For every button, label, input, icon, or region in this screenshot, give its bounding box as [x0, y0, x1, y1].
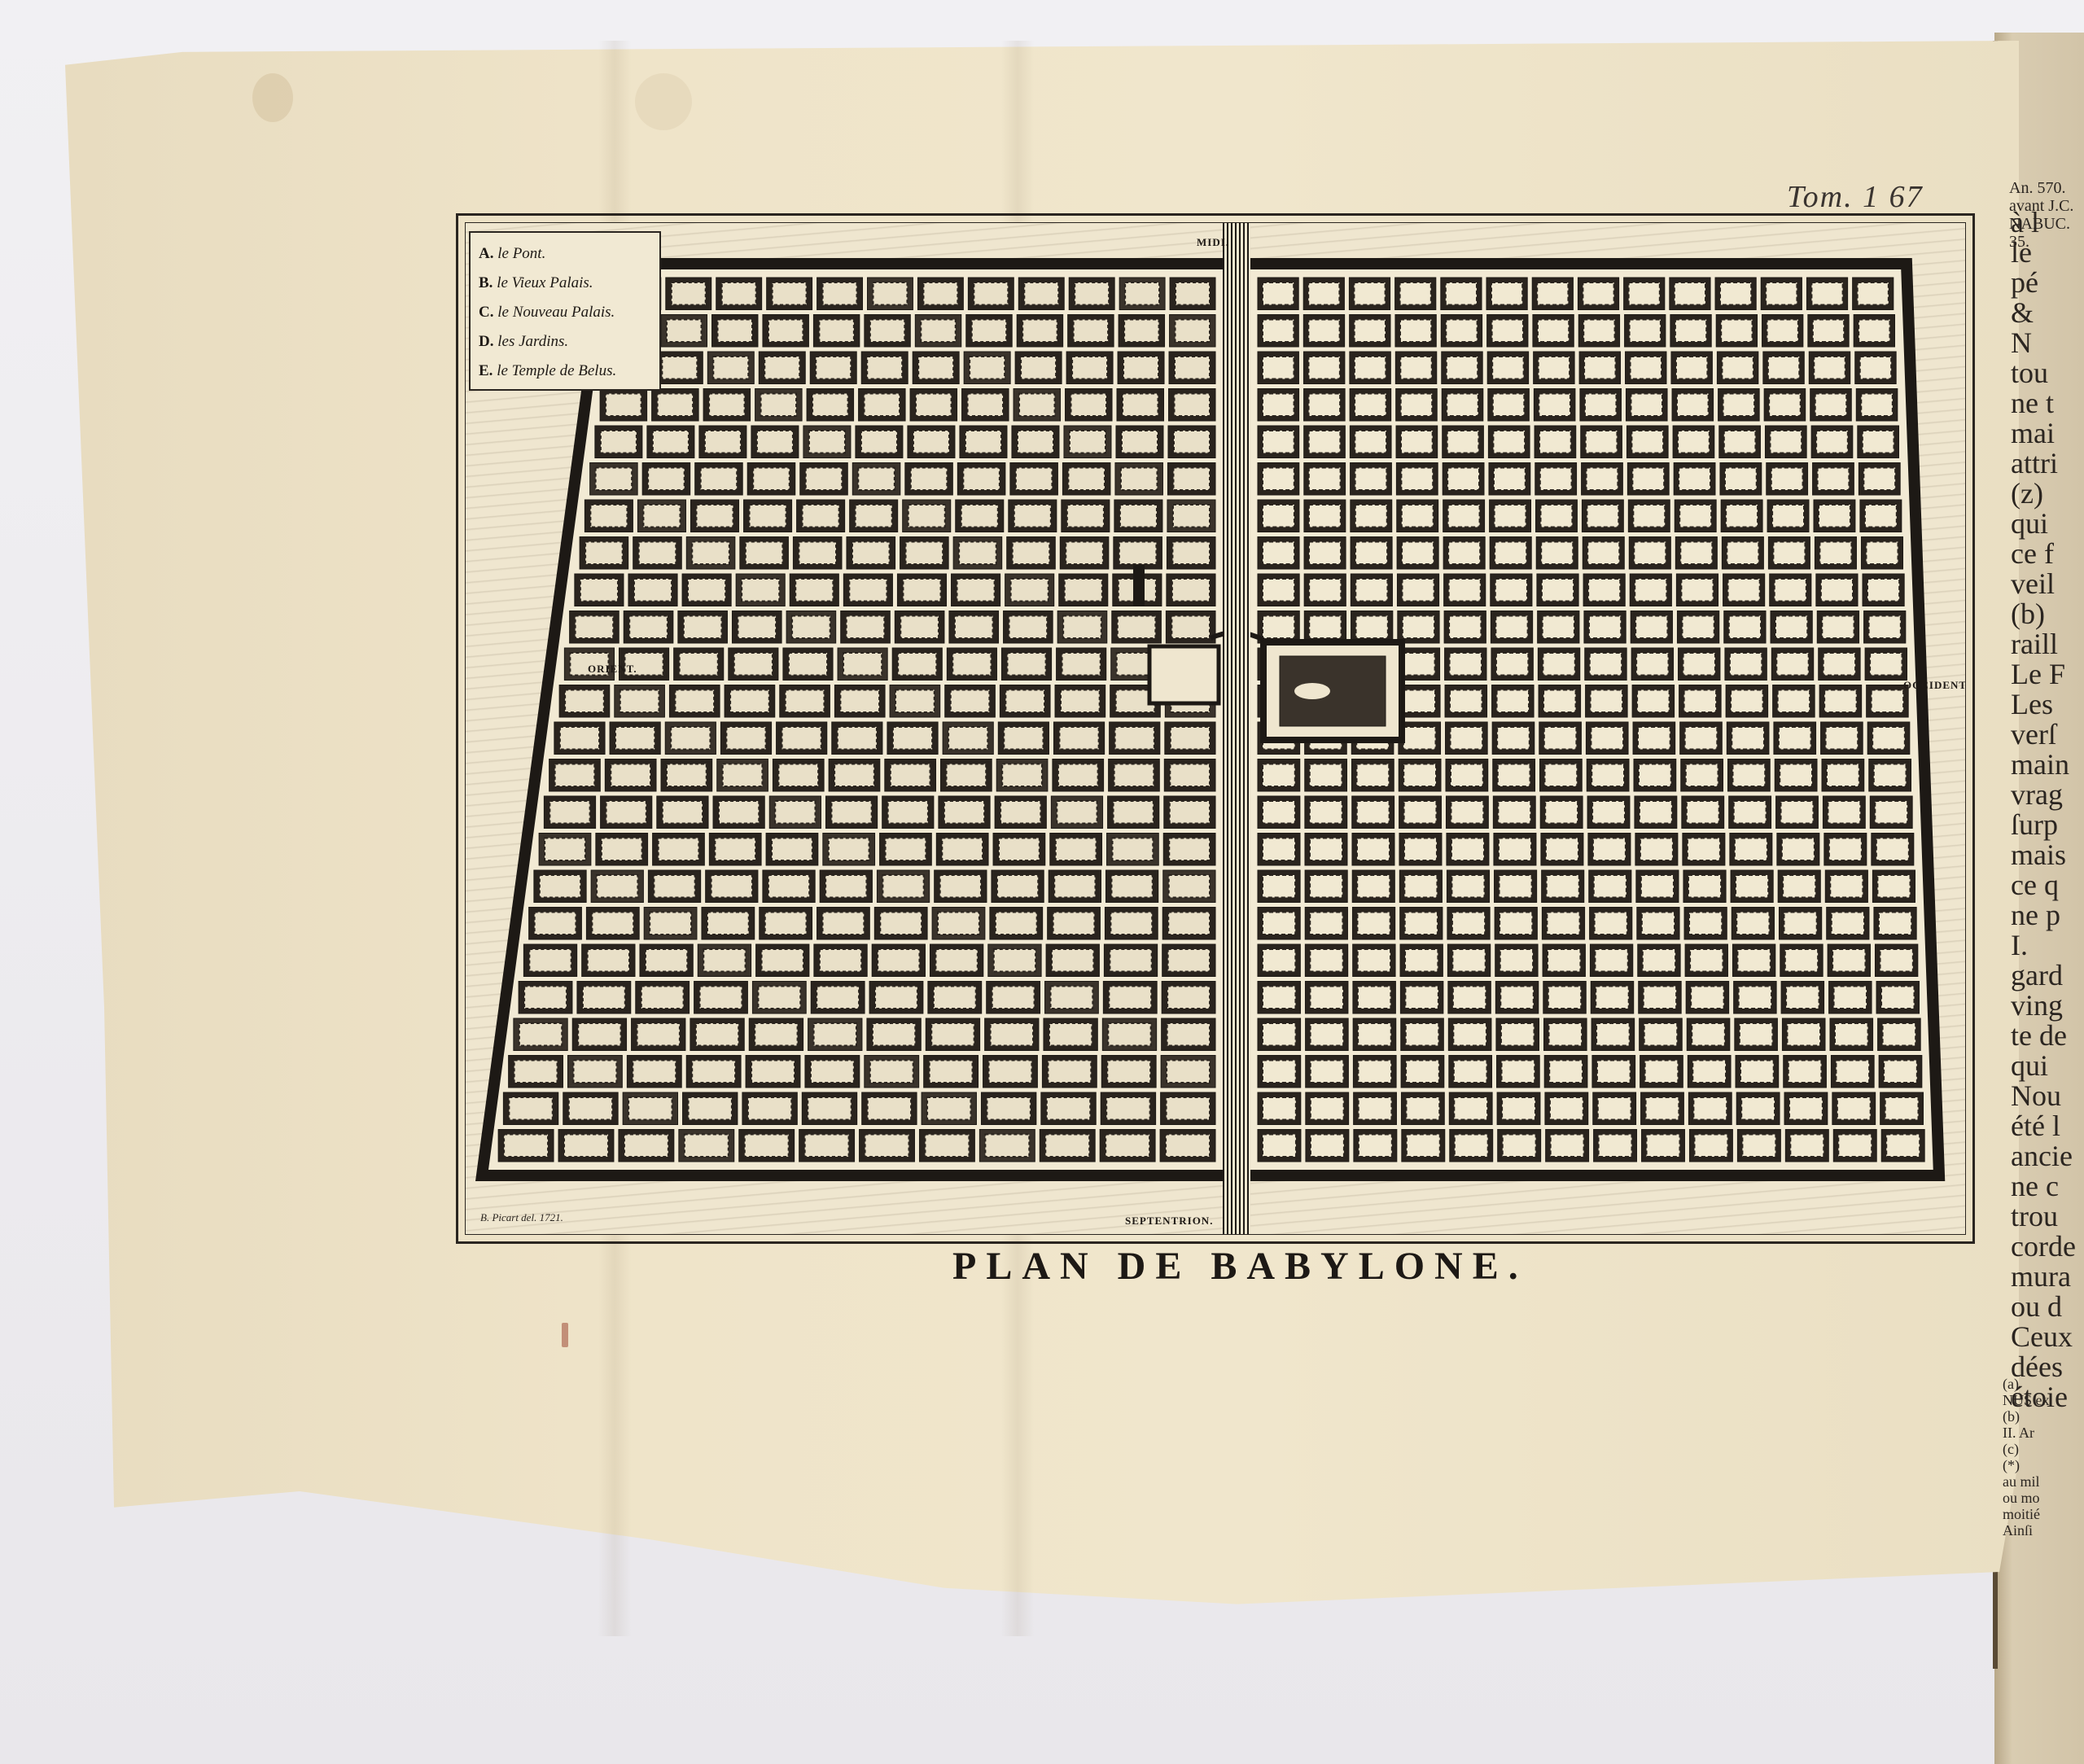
book-text-line: gard	[2011, 961, 2084, 991]
footnote-line: II. Ar	[2003, 1425, 2050, 1441]
legend-item: A. le Pont.	[479, 239, 651, 269]
book-text-line: ſurp	[2011, 810, 2084, 840]
book-text-line: ce q	[2011, 870, 2084, 900]
paper-stain	[252, 73, 293, 122]
book-text-line: N	[2011, 328, 2084, 358]
footnote-line: (*)	[2003, 1457, 2050, 1473]
book-text-line: &	[2011, 298, 2084, 328]
book-text-line: ce f	[2011, 539, 2084, 569]
book-text-line: attri	[2011, 449, 2084, 479]
book-text-line: qui	[2011, 509, 2084, 539]
footnote-line: Ainſi	[2003, 1522, 2050, 1539]
footnote-line: ou mo	[2003, 1490, 2050, 1506]
book-text-line: ne c	[2011, 1171, 2084, 1202]
book-text-line: ving	[2011, 991, 2084, 1021]
book-text-line: Les	[2011, 689, 2084, 720]
book-text-line: à l	[2011, 208, 2084, 238]
book-text-line: Le F	[2011, 659, 2084, 689]
book-text-line: I.	[2011, 930, 2084, 961]
legend-item: B. le Vieux Palais.	[479, 269, 651, 298]
book-text-line: vrag	[2011, 780, 2084, 810]
footnote-line: (c)	[2003, 1441, 2050, 1457]
book-text-line: qui	[2011, 1051, 2084, 1081]
book-text-line: Nou	[2011, 1081, 2084, 1111]
book-text-line: été l	[2011, 1111, 2084, 1141]
book-text-line: le	[2011, 238, 2084, 268]
book-body-text: à llepé&Ntoune tmaiattri(z)quice fveil(b…	[2011, 208, 2084, 1412]
book-text-line: ne t	[2011, 388, 2084, 418]
book-text-line: te de	[2011, 1021, 2084, 1051]
legend-item: E. le Temple de Belus.	[479, 357, 651, 386]
map-legend: A. le Pont. B. le Vieux Palais. C. le No…	[469, 231, 661, 391]
compass-east-label: OCCIDENT.	[1903, 679, 1966, 692]
book-text-line: mais	[2011, 840, 2084, 870]
book-text-line: ancie	[2011, 1141, 2084, 1171]
book-footnotes: (a)NUS ex(b)II. Ar(c)(*)au milou momoiti…	[2003, 1376, 2050, 1539]
euphrates-river	[1223, 223, 1250, 1234]
book-text-line: mura	[2011, 1262, 2084, 1292]
footnote-line: moitié	[2003, 1506, 2050, 1522]
compass-south-label: SEPTENTRION.	[1125, 1215, 1213, 1228]
footnote-line: NUS ex	[2003, 1392, 2050, 1408]
plate-title: PLAN DE BABYLONE.	[952, 1244, 1528, 1289]
map-plate: A. le Pont. B. le Vieux Palais. C. le No…	[456, 213, 1975, 1244]
book-text-line: ou d	[2011, 1292, 2084, 1322]
book-text-line: main	[2011, 750, 2084, 780]
book-text-line: corde	[2011, 1232, 2084, 1262]
book-text-line: veil	[2011, 569, 2084, 599]
book-text-line: mai	[2011, 418, 2084, 449]
legend-item: C. le Nouveau Palais.	[479, 298, 651, 327]
book-text-line: Ceux	[2011, 1322, 2084, 1352]
book-text-line: ne p	[2011, 900, 2084, 930]
book-text-line: trou	[2011, 1202, 2084, 1232]
engraver-credit: B. Picart del. 1721.	[480, 1211, 563, 1224]
paper-stain	[635, 73, 692, 130]
compass-west-label: ORIENT.	[588, 663, 637, 676]
book-text-line: tou	[2011, 358, 2084, 388]
side-note-line: An. 570.	[2009, 179, 2073, 197]
book-text-line: verſ	[2011, 720, 2084, 750]
book-text-line: raill	[2011, 629, 2084, 659]
city-grid	[466, 223, 1965, 1234]
book-text-line: pé	[2011, 268, 2084, 298]
book-text-line: (z)	[2011, 479, 2084, 509]
footnote-line: (b)	[2003, 1408, 2050, 1425]
footnote-line: (a)	[2003, 1376, 2050, 1392]
ink-mark	[562, 1323, 568, 1347]
footnote-line: au mil	[2003, 1473, 2050, 1490]
compass-north-label: MIDI.	[1197, 236, 1229, 249]
legend-item: D. les Jardins.	[479, 327, 651, 357]
map-engraving: A. le Pont. B. le Vieux Palais. C. le No…	[465, 222, 1966, 1235]
handwritten-annotation: Tom. 1 67	[1787, 179, 1924, 215]
book-text-line: (b)	[2011, 599, 2084, 629]
